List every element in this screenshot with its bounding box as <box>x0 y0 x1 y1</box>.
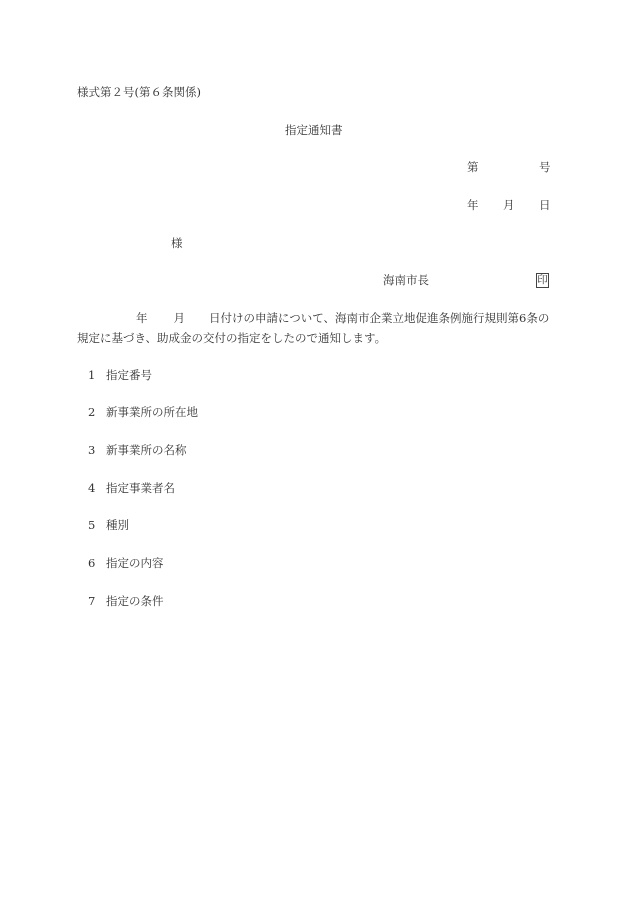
list-item: 5種別 <box>88 518 129 532</box>
list-item: 6指定の内容 <box>88 556 164 570</box>
seal-stamp-box: 印 <box>536 273 549 288</box>
list-item: 3新事業所の名称 <box>88 443 187 457</box>
addressee-suffix: 様 <box>171 236 183 250</box>
body-year: 年 <box>136 311 148 325</box>
number-prefix: 第 <box>467 160 479 174</box>
seal-mark: 印 <box>536 272 549 288</box>
body-text-line-2: 規定に基づき、助成金の交付の指定をしたので通知します。 <box>77 328 552 348</box>
list-item: 4指定事業者名 <box>88 481 175 495</box>
document-title: 指定通知書 <box>285 123 343 137</box>
number-suffix: 号 <box>539 160 551 174</box>
body-text-line-1: 日付けの申請について、海南市企業立地促進条例施行規則第6条の <box>209 311 549 325</box>
body-month: 月 <box>174 311 186 325</box>
list-item: 7指定の条件 <box>88 594 164 608</box>
body-paragraph: 年月日付けの申請について、海南市企業立地促進条例施行規則第6条の 規定に基づき、… <box>77 308 552 348</box>
list-item: 1指定番号 <box>88 368 152 382</box>
issuer-name: 海南市長 <box>383 273 429 287</box>
form-label: 様式第２号(第６条関係) <box>77 85 201 99</box>
date-day: 日 <box>539 198 551 212</box>
body-line-1: 年月日付けの申請について、海南市企業立地促進条例施行規則第6条の <box>77 308 552 328</box>
date-year: 年 <box>467 198 479 212</box>
list-item: 2新事業所の所在地 <box>88 405 198 419</box>
date-month: 月 <box>503 198 515 212</box>
